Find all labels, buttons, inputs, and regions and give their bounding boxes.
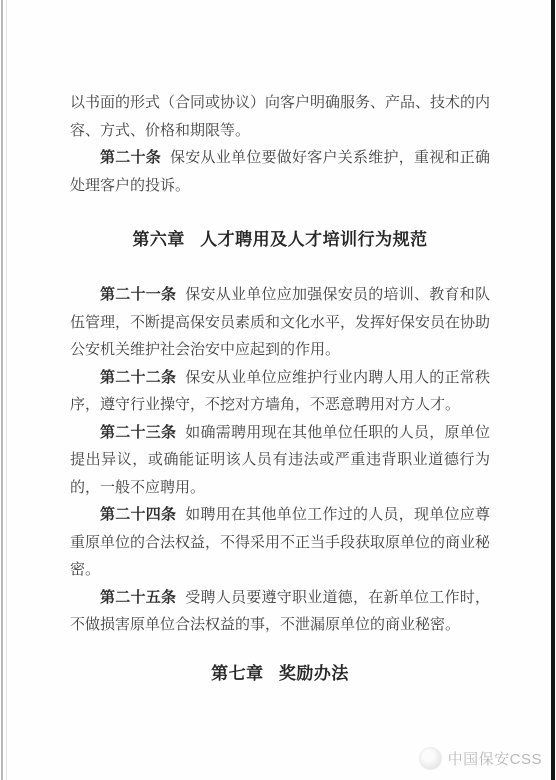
publisher-logo-icon xyxy=(419,747,442,770)
article-25-number: 第二十五条 xyxy=(100,590,176,606)
article-24-paragraph: 第二十四条如聘用在其他单位工作过的人员，现单位应尊重原单位的合法权益，不得采用不… xyxy=(70,502,490,585)
chapter-6-heading: 第六章人才聘用及人才培训行为规范 xyxy=(70,226,490,254)
chapter-6-number: 第六章 xyxy=(132,230,185,249)
article-21-paragraph: 第二十一条保安从业单位应加强保安员的培训、教育和队伍管理，不断提高保安员素质和文… xyxy=(70,282,490,365)
page-right-black-bar xyxy=(551,0,555,780)
page-left-edge-line xyxy=(1,0,3,780)
chapter-7-title: 奖励办法 xyxy=(279,664,349,683)
article-20-number: 第二十条 xyxy=(100,150,161,166)
article-24-number: 第二十四条 xyxy=(100,507,176,523)
article-23-number: 第二十三条 xyxy=(100,425,176,441)
article-22-paragraph: 第二十二条保安从业单位应维护行业内聘人用人的正常秩序，遵守行业操守，不挖对方墙角… xyxy=(70,365,490,420)
article-23-paragraph: 第二十三条如确需聘用现在其他单位任职的人员，原单位提出异议，或确能证明该人员有违… xyxy=(70,420,490,503)
document-page: 以书面的形式（合同或协议）向客户明确服务、产品、技术的内容、方式、价格和期限等。… xyxy=(0,0,556,780)
paragraph-text: 以书面的形式（合同或协议）向客户明确服务、产品、技术的内容、方式、价格和期限等。 xyxy=(70,95,490,139)
watermark-text: 中国保安CSS xyxy=(448,748,542,769)
article-21-number: 第二十一条 xyxy=(100,287,176,303)
page-left-inner-line xyxy=(6,0,7,780)
chapter-6-title: 人才聘用及人才培训行为规范 xyxy=(200,230,428,249)
chapter-7-number: 第七章 xyxy=(211,664,264,683)
chapter-7-heading: 第七章奖励办法 xyxy=(70,660,490,688)
article-22-number: 第二十二条 xyxy=(100,370,176,386)
document-content: 以书面的形式（合同或协议）向客户明确服务、产品、技术的内容、方式、价格和期限等。… xyxy=(70,90,490,688)
article-20-paragraph: 第二十条保安从业单位要做好客户关系维护，重视和正确处理客户的投诉。 xyxy=(70,145,490,200)
paragraph-continuation: 以书面的形式（合同或协议）向客户明确服务、产品、技术的内容、方式、价格和期限等。 xyxy=(70,90,490,145)
publisher-watermark: 中国保安CSS xyxy=(419,747,542,770)
article-25-paragraph: 第二十五条受聘人员要遵守职业道德，在新单位工作时，不做损害原单位合法权益的事，不… xyxy=(70,585,490,640)
